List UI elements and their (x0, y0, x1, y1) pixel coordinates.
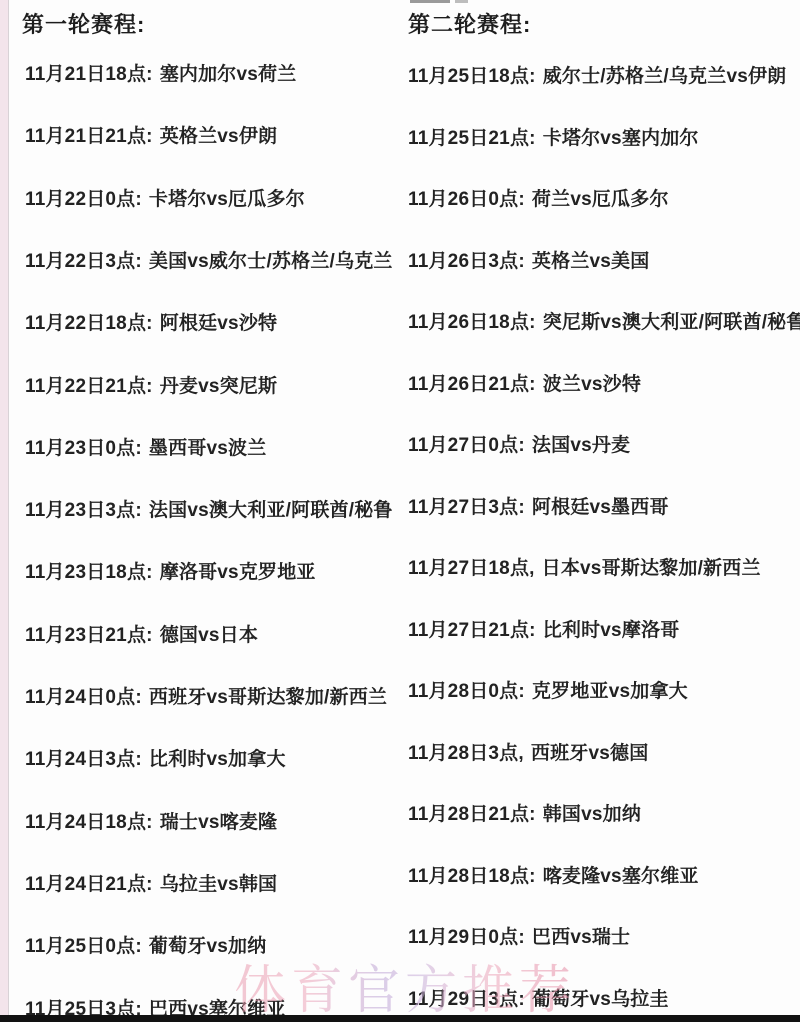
match-teams: 英格兰vs美国 (532, 251, 650, 272)
separator: : (146, 313, 153, 334)
match-time: 11月25日0点 (25, 936, 135, 957)
match-time: 11月23日3点 (25, 500, 135, 521)
match-time: 11月23日21点 (25, 625, 146, 646)
match-time: 11月24日18点 (25, 812, 146, 833)
match-time: 11月27日21点 (408, 620, 529, 641)
schedule-row: 11月23日21点:德国vs日本 (25, 620, 258, 647)
match-time: 11月26日0点 (408, 189, 518, 210)
left-edge-hairline (8, 0, 9, 1022)
match-time: 11月24日0点 (25, 687, 135, 708)
separator: : (135, 189, 142, 210)
schedule-row: 11月24日18点:瑞士vs喀麦隆 (25, 807, 277, 834)
schedule-row: 11月27日0点:法国vs丹麦 (408, 430, 630, 457)
schedule-row: 11月26日3点:英格兰vs美国 (408, 246, 649, 273)
match-time: 11月25日18点 (408, 66, 529, 87)
match-teams: 瑞士vs喀麦隆 (160, 812, 278, 833)
match-time: 11月27日3点 (408, 497, 518, 518)
separator: : (146, 64, 153, 85)
schedule-row: 11月27日3点:阿根廷vs墨西哥 (408, 492, 669, 519)
match-time: 11月22日3点 (25, 251, 135, 272)
schedule-row: 11月25日0点:葡萄牙vs加纳 (25, 931, 266, 958)
separator: : (146, 126, 153, 147)
separator: : (135, 500, 142, 521)
schedule-row: 11月24日3点:比利时vs加拿大 (25, 744, 286, 771)
match-teams: 法国vs澳大利亚/阿联酋/秘鲁 (149, 500, 393, 521)
separator: : (518, 681, 525, 702)
match-teams: 墨西哥vs波兰 (149, 438, 267, 459)
separator: : (146, 562, 153, 583)
separator: : (135, 438, 142, 459)
match-time: 11月21日21点 (25, 126, 146, 147)
match-teams: 摩洛哥vs克罗地亚 (160, 562, 316, 583)
match-teams: 卡塔尔vs塞内加尔 (543, 128, 699, 149)
schedule-page: 第一轮赛程: 第二轮赛程: 11月21日18点:塞内加尔vs荷兰11月21日21… (0, 0, 800, 1022)
match-teams: 突尼斯vs澳大利亚/阿联酋/秘鲁 (543, 312, 800, 333)
crop-artifact (455, 0, 468, 3)
match-teams: 乌拉圭vs韩国 (160, 874, 278, 895)
match-time: 11月26日21点 (408, 374, 529, 395)
separator: : (146, 874, 153, 895)
match-time: 11月27日0点 (408, 435, 518, 456)
separator: : (529, 866, 536, 887)
separator: : (518, 435, 525, 456)
match-teams: 阿根廷vs沙特 (160, 313, 278, 334)
separator: : (135, 749, 142, 770)
match-teams: 英格兰vs伊朗 (160, 126, 278, 147)
bottom-bar (0, 1015, 800, 1022)
match-time: 11月26日18点 (408, 312, 529, 333)
separator: : (135, 687, 142, 708)
schedule-row: 11月28日21点:韩国vs加纳 (408, 799, 641, 826)
match-time: 11月23日18点 (25, 562, 146, 583)
separator: : (135, 251, 142, 272)
match-teams: 葡萄牙vs加纳 (149, 936, 267, 957)
match-teams: 荷兰vs厄瓜多尔 (532, 189, 669, 210)
separator: : (529, 374, 536, 395)
match-teams: 法国vs丹麦 (532, 435, 630, 456)
match-time: 11月22日21点 (25, 376, 146, 397)
separator: , (529, 558, 534, 579)
first-round-title: 第一轮赛程: (22, 8, 145, 39)
separator: : (146, 625, 153, 646)
match-time: 11月24日21点 (25, 874, 146, 895)
match-time: 11月28日3点 (408, 743, 518, 764)
match-teams: 威尔士/苏格兰/乌克兰vs伊朗 (543, 66, 787, 87)
match-teams: 日本vs哥斯达黎加/新西兰 (542, 558, 761, 579)
schedule-row: 11月29日0点:巴西vs瑞士 (408, 922, 630, 949)
schedule-row: 11月25日21点:卡塔尔vs塞内加尔 (408, 123, 699, 150)
match-teams: 波兰vs沙特 (543, 374, 641, 395)
separator: : (135, 936, 142, 957)
match-teams: 塞内加尔vs荷兰 (160, 64, 297, 85)
schedule-row: 11月28日3点,西班牙vs德国 (408, 738, 648, 765)
schedule-row: 11月26日0点:荷兰vs厄瓜多尔 (408, 184, 669, 211)
match-time: 11月28日21点 (408, 804, 529, 825)
schedule-row: 11月24日21点:乌拉圭vs韩国 (25, 869, 277, 896)
separator: : (529, 128, 536, 149)
schedule-row: 11月23日3点:法国vs澳大利亚/阿联酋/秘鲁 (25, 495, 393, 522)
separator: : (518, 497, 525, 518)
match-time: 11月21日18点 (25, 64, 146, 85)
match-time: 11月23日0点 (25, 438, 135, 459)
match-teams: 丹麦vs突尼斯 (160, 376, 278, 397)
separator: : (146, 812, 153, 833)
separator: : (518, 251, 525, 272)
schedule-row: 11月27日18点,日本vs哥斯达黎加/新西兰 (408, 553, 761, 580)
match-time: 11月25日21点 (408, 128, 529, 149)
match-time: 11月24日3点 (25, 749, 135, 770)
schedule-row: 11月22日18点:阿根廷vs沙特 (25, 308, 277, 335)
schedule-row: 11月22日21点:丹麦vs突尼斯 (25, 371, 277, 398)
schedule-row: 11月28日18点:喀麦隆vs塞尔维亚 (408, 861, 699, 888)
match-teams: 比利时vs摩洛哥 (543, 620, 680, 641)
schedule-row: 11月22日0点:卡塔尔vs厄瓜多尔 (25, 184, 305, 211)
schedule-row: 11月23日0点:墨西哥vs波兰 (25, 433, 266, 460)
separator: , (518, 743, 523, 764)
match-time: 11月22日18点 (25, 313, 146, 334)
schedule-row: 11月26日18点:突尼斯vs澳大利亚/阿联酋/秘鲁 (408, 307, 800, 334)
match-time: 11月22日0点 (25, 189, 135, 210)
match-teams: 比利时vs加拿大 (149, 749, 286, 770)
match-time: 11月27日18点 (408, 558, 529, 579)
match-teams: 喀麦隆vs塞尔维亚 (543, 866, 699, 887)
schedule-row: 11月22日3点:美国vs威尔士/苏格兰/乌克兰 (25, 246, 393, 273)
separator: : (518, 189, 525, 210)
separator: : (529, 312, 536, 333)
separator: : (146, 376, 153, 397)
separator: : (518, 989, 525, 1010)
match-teams: 西班牙vs哥斯达黎加/新西兰 (149, 687, 387, 708)
second-round-title: 第二轮赛程: (408, 8, 531, 39)
match-teams: 卡塔尔vs厄瓜多尔 (149, 189, 305, 210)
match-teams: 韩国vs加纳 (543, 804, 641, 825)
schedule-row: 11月28日0点:克罗地亚vs加拿大 (408, 676, 688, 703)
schedule-row: 11月23日18点:摩洛哥vs克罗地亚 (25, 557, 316, 584)
schedule-row: 11月27日21点:比利时vs摩洛哥 (408, 615, 679, 642)
match-time: 11月28日18点 (408, 866, 529, 887)
schedule-row: 11月29日3点:葡萄牙vs乌拉圭 (408, 984, 669, 1011)
schedule-row: 11月21日18点:塞内加尔vs荷兰 (25, 59, 296, 86)
separator: : (518, 927, 525, 948)
separator: : (529, 620, 536, 641)
separator: : (529, 804, 536, 825)
left-edge-strip (0, 0, 8, 1022)
match-time: 11月26日3点 (408, 251, 518, 272)
match-teams: 美国vs威尔士/苏格兰/乌克兰 (149, 251, 393, 272)
match-teams: 克罗地亚vs加拿大 (532, 681, 688, 702)
match-teams: 德国vs日本 (160, 625, 258, 646)
schedule-row: 11月25日18点:威尔士/苏格兰/乌克兰vs伊朗 (408, 61, 786, 88)
match-teams: 阿根廷vs墨西哥 (532, 497, 669, 518)
match-time: 11月29日3点 (408, 989, 518, 1010)
schedule-row: 11月26日21点:波兰vs沙特 (408, 369, 641, 396)
schedule-row: 11月24日0点:西班牙vs哥斯达黎加/新西兰 (25, 682, 387, 709)
match-teams: 葡萄牙vs乌拉圭 (532, 989, 669, 1010)
match-teams: 巴西vs瑞士 (532, 927, 630, 948)
match-time: 11月29日0点 (408, 927, 518, 948)
match-teams: 西班牙vs德国 (531, 743, 649, 764)
schedule-row: 11月21日21点:英格兰vs伊朗 (25, 121, 277, 148)
crop-artifact (410, 0, 450, 3)
separator: : (529, 66, 536, 87)
match-time: 11月28日0点 (408, 681, 518, 702)
